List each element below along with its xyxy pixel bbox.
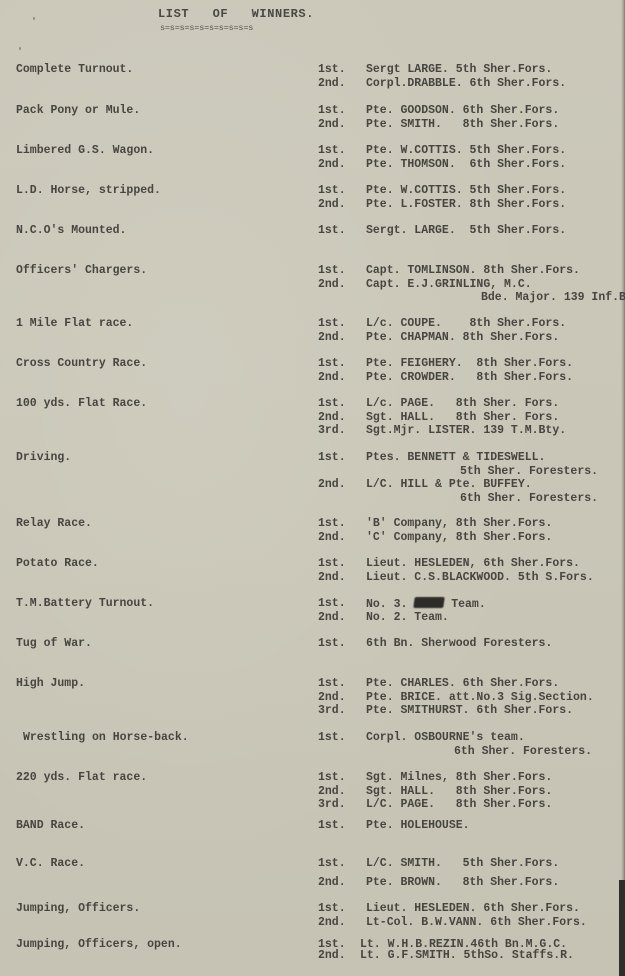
event-name: N.C.O's Mounted. — [16, 224, 126, 237]
placing-rank: 1st. — [318, 104, 346, 117]
placing-rank: 2nd. — [318, 611, 346, 624]
page-edge-dark-strip — [619, 880, 625, 976]
placing-rank: 1st. — [318, 902, 346, 915]
winner-name: Sgt.Mjr. LISTER. 139 T.M.Bty. — [366, 424, 566, 437]
placing-rank: 2nd. — [318, 118, 346, 131]
event-name: 100 yds. Flat Race. — [16, 397, 147, 410]
event-name: Limbered G.S. Wagon. — [16, 144, 154, 157]
winner-name: Lt-Col. B.W.VANN. 6th Sher.Fors. — [366, 916, 587, 929]
event-name: V.C. Race. — [16, 857, 85, 870]
placing-rank: 1st. — [318, 184, 346, 197]
winner-name: Pte. HOLEHOUSE. — [366, 819, 470, 832]
winner-name: Pte. BRICE. att.No.3 Sig.Section. — [366, 691, 594, 704]
winner-name: L/c. COUPE. 8th Sher.Fors. — [366, 317, 566, 330]
event-name: 1 Mile Flat race. — [16, 317, 133, 330]
paper-speck — [19, 47, 21, 50]
placing-rank: 2nd. — [318, 411, 346, 424]
winner-name: Capt. TOMLINSON. 8th Sher.Fors. — [366, 264, 580, 277]
winner-name: Sergt LARGE. 5th Sher.Fors. — [366, 63, 552, 76]
winner-name: Sgt. HALL. 8th Sher.Fors. — [366, 785, 552, 798]
winner-name: Pte. SMITHURST. 6th Sher.Fors. — [366, 704, 573, 717]
event-name: Wrestling on Horse-back. — [23, 731, 189, 744]
page-edge-shadow — [621, 0, 625, 976]
event-name: 220 yds. Flat race. — [16, 771, 147, 784]
winner-name: Sgt. Milnes, 8th Sher.Fors. — [366, 771, 552, 784]
event-name: Complete Turnout. — [16, 63, 133, 76]
placing-rank: 1st. — [318, 317, 346, 330]
placing-rank: 3rd. — [318, 798, 346, 811]
document-title: LIST OF WINNERS. — [158, 7, 314, 21]
placing-rank: 2nd. — [318, 371, 346, 384]
placing-rank: 2nd. — [318, 478, 346, 491]
winner-name: Pte. SMITH. 8th Sher.Fors. — [366, 118, 559, 131]
paper-speck — [33, 17, 35, 20]
placing-rank: 2nd. — [318, 876, 346, 889]
winner-name: 6th Bn. Sherwood Foresters. — [366, 637, 552, 650]
winner-name: No. 3. Team. — [366, 597, 486, 611]
placing-rank: 2nd. — [318, 571, 346, 584]
winner-name: Pte. BROWN. 8th Sher.Fors. — [366, 876, 559, 889]
placing-rank: 1st. — [318, 731, 346, 744]
winner-name: Lieut. HESLEDEN, 6th Sher.Fors. — [366, 557, 580, 570]
winner-name: Pte. L.FOSTER. 8th Sher.Fors. — [366, 198, 566, 211]
winner-name: L/c. PAGE. 8th Sher. Fors. — [366, 397, 559, 410]
winner-name: No. 2. Team. — [366, 611, 449, 624]
winner-name: Capt. E.J.GRINLING, M.C. — [366, 278, 532, 291]
winner-name: Pte. W.COTTIS. 5th Sher.Fors. — [366, 184, 566, 197]
placing-rank: 2nd. — [318, 77, 346, 90]
event-name: Relay Race. — [16, 517, 92, 530]
winner-name: Pte. GOODSON. 6th Sher.Fors. — [366, 104, 559, 117]
winner-name: Corpl. OSBOURNE's team. — [366, 731, 525, 744]
placing-rank: 3rd. — [318, 704, 346, 717]
placing-rank: 1st. — [318, 677, 346, 690]
placing-rank: 2nd. — [318, 331, 346, 344]
event-name: High Jump. — [16, 677, 85, 690]
winner-unit-continuation: 5th Sher. Foresters. — [460, 465, 598, 478]
winner-name: Pte. CHARLES. 6th Sher.Fors. — [366, 677, 559, 690]
winner-name-prefix: No. 3. — [366, 598, 414, 611]
placing-rank: 3rd. — [318, 424, 346, 437]
placing-rank: 2nd. — [318, 531, 346, 544]
winner-name: Pte. W.COTTIS. 5th Sher.Fors. — [366, 144, 566, 157]
event-name: L.D. Horse, stripped. — [16, 184, 161, 197]
event-name: Tug of War. — [16, 637, 92, 650]
winner-name: 'B' Company, 8th Sher.Fors. — [366, 517, 552, 530]
placing-rank: 2nd. — [318, 916, 346, 929]
placing-rank: 2nd. — [318, 691, 346, 704]
placing-rank: 1st. — [318, 63, 346, 76]
winner-name: L/C. HILL & Pte. BUFFEY. — [366, 478, 532, 491]
winner-name: Pte. FEIGHERY. 8th Sher.Fors. — [366, 357, 573, 370]
placing-rank: 1st. — [318, 397, 346, 410]
event-name: T.M.Battery Turnout. — [16, 597, 154, 610]
placing-rank: 2nd. — [318, 198, 346, 211]
typed-document-page: LIST OF WINNERS. s=s=s=s=s=s=s=s=s=s Com… — [0, 0, 625, 976]
winner-name: Sgt. HALL. 8th Sher. Fors. — [366, 411, 559, 424]
placing-rank: 1st. — [318, 451, 346, 464]
winner-name: 'C' Company, 8th Sher.Fors. — [366, 531, 552, 544]
event-name: Jumping, Officers. — [16, 902, 140, 915]
winner-name: L/C. PAGE. 8th Sher.Fors. — [366, 798, 552, 811]
placing-rank: 1st. — [318, 637, 346, 650]
placing-rank: 1st. — [318, 264, 346, 277]
placing-rank: 2nd. — [318, 785, 346, 798]
struck-out-word-blot — [414, 597, 446, 608]
event-name: Potato Race. — [16, 557, 99, 570]
winner-unit-continuation: 6th Sher. Foresters. — [454, 745, 592, 758]
winner-name: Lieut. HESLEDEN. 6th Sher.Fors. — [366, 902, 580, 915]
event-name: Driving. — [16, 451, 71, 464]
winner-unit-continuation: Bde. Major. 139 Inf.Bde. — [481, 291, 625, 304]
event-name: Pack Pony or Mule. — [16, 104, 140, 117]
placing-rank: 1st. — [318, 819, 346, 832]
placing-rank: 2nd. — [318, 949, 346, 962]
winner-name: Sergt. LARGE. 5th Sher.Fors. — [366, 224, 566, 237]
winner-name: Corpl.DRABBLE. 6th Sher.Fors. — [366, 77, 566, 90]
placing-rank: 1st. — [318, 517, 346, 530]
placing-rank: 1st. — [318, 357, 346, 370]
winner-name-suffix: Team. — [444, 598, 485, 611]
placing-rank: 1st. — [318, 557, 346, 570]
placing-rank: 2nd. — [318, 158, 346, 171]
event-name: Cross Country Race. — [16, 357, 147, 370]
event-name: BAND Race. — [16, 819, 85, 832]
winner-name: Pte. CHAPMAN. 8th Sher.Fors. — [366, 331, 559, 344]
placing-rank: 1st. — [318, 771, 346, 784]
placing-rank: 1st. — [318, 144, 346, 157]
placing-rank: 1st. — [318, 597, 346, 610]
winner-name: Pte. THOMSON. 6th Sher.Fors. — [366, 158, 566, 171]
placing-rank: 1st. — [318, 224, 346, 237]
event-name: Officers' Chargers. — [16, 264, 147, 277]
winner-name: Ptes. BENNETT & TIDESWELL. — [366, 451, 545, 464]
winner-unit-continuation: 6th Sher. Foresters. — [460, 492, 598, 505]
winner-name: L/C. SMITH. 5th Sher.Fors. — [366, 857, 559, 870]
winner-name: Lt. G.F.SMITH. 5thSo. Staffs.R. — [360, 949, 574, 962]
placing-rank: 2nd. — [318, 278, 346, 291]
placing-rank: 1st. — [318, 857, 346, 870]
event-name: Jumping, Officers, open. — [16, 938, 182, 951]
winner-name: Lieut. C.S.BLACKWOOD. 5th S.Fors. — [366, 571, 594, 584]
title-underline: s=s=s=s=s=s=s=s=s=s — [160, 23, 253, 33]
winner-name: Pte. CROWDER. 8th Sher.Fors. — [366, 371, 573, 384]
